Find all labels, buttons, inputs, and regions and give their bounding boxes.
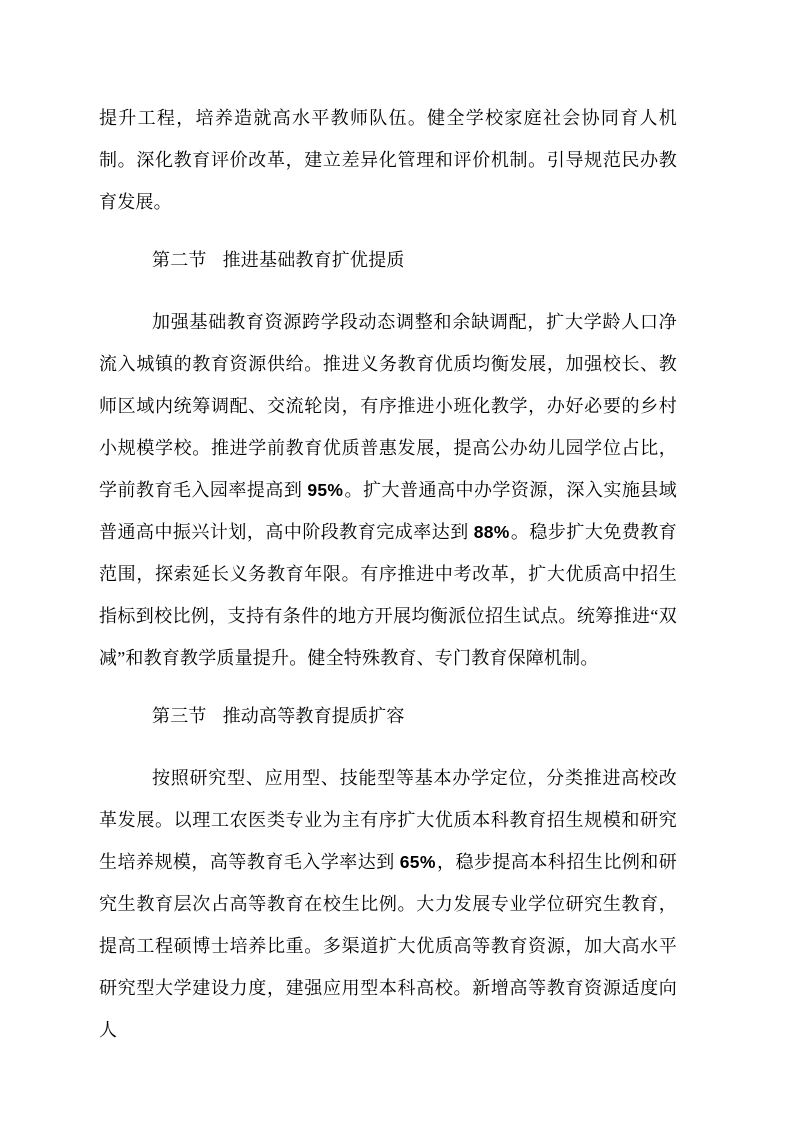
text-run: 加强基础教育资源跨学段动态调整和余缺调配，扩大学龄人口净流入城镇的教育资源供给。… <box>99 312 677 500</box>
paragraph-basic-education: 加强基础教育资源跨学段动态调整和余缺调配，扩大学龄人口净流入城镇的教育资源供给。… <box>99 301 677 679</box>
text-run: ，稳步提高本科招生比例和研究生教育层次占高等教育在校生比例。大力发展专业学位研究… <box>99 852 677 1040</box>
section-2-heading: 第二节推进基础教育扩优提质 <box>99 239 677 281</box>
document-page: 提升工程，培养造就高水平教师队伍。健全学校家庭社会协同育人机制。深化教育评价改革… <box>0 0 793 1122</box>
statistic-higher-ed-enrollment-rate: 65% <box>400 852 436 872</box>
paragraph-teacher-reform: 提升工程，培养造就高水平教师队伍。健全学校家庭社会协同育人机制。深化教育评价改革… <box>99 97 677 223</box>
statistic-highschool-completion-rate: 88% <box>474 522 510 542</box>
section-2-number: 第二节 <box>152 250 207 270</box>
paragraph-higher-education: 按照研究型、应用型、技能型等基本办学定位，分类推进高校改革发展。以理工农医类专业… <box>99 757 677 1051</box>
text-run: 提升工程，培养造就高水平教师队伍。健全学校家庭社会协同育人机制。深化教育评价改革… <box>99 108 677 212</box>
text-run: 。稳步扩大免费教育范围，探索延长义务教育年限。有序推进中考改革，扩大优质高中招生… <box>99 522 677 668</box>
section-3-heading: 第三节推动高等教育提质扩容 <box>99 695 677 737</box>
section-3-title: 推动高等教育提质扩容 <box>223 706 405 726</box>
statistic-preschool-enrollment-rate: 95% <box>307 480 343 500</box>
section-3-number: 第三节 <box>152 706 207 726</box>
section-2-title: 推进基础教育扩优提质 <box>223 250 405 270</box>
document-content: 提升工程，培养造就高水平教师队伍。健全学校家庭社会协同育人机制。深化教育评价改革… <box>99 97 677 1051</box>
